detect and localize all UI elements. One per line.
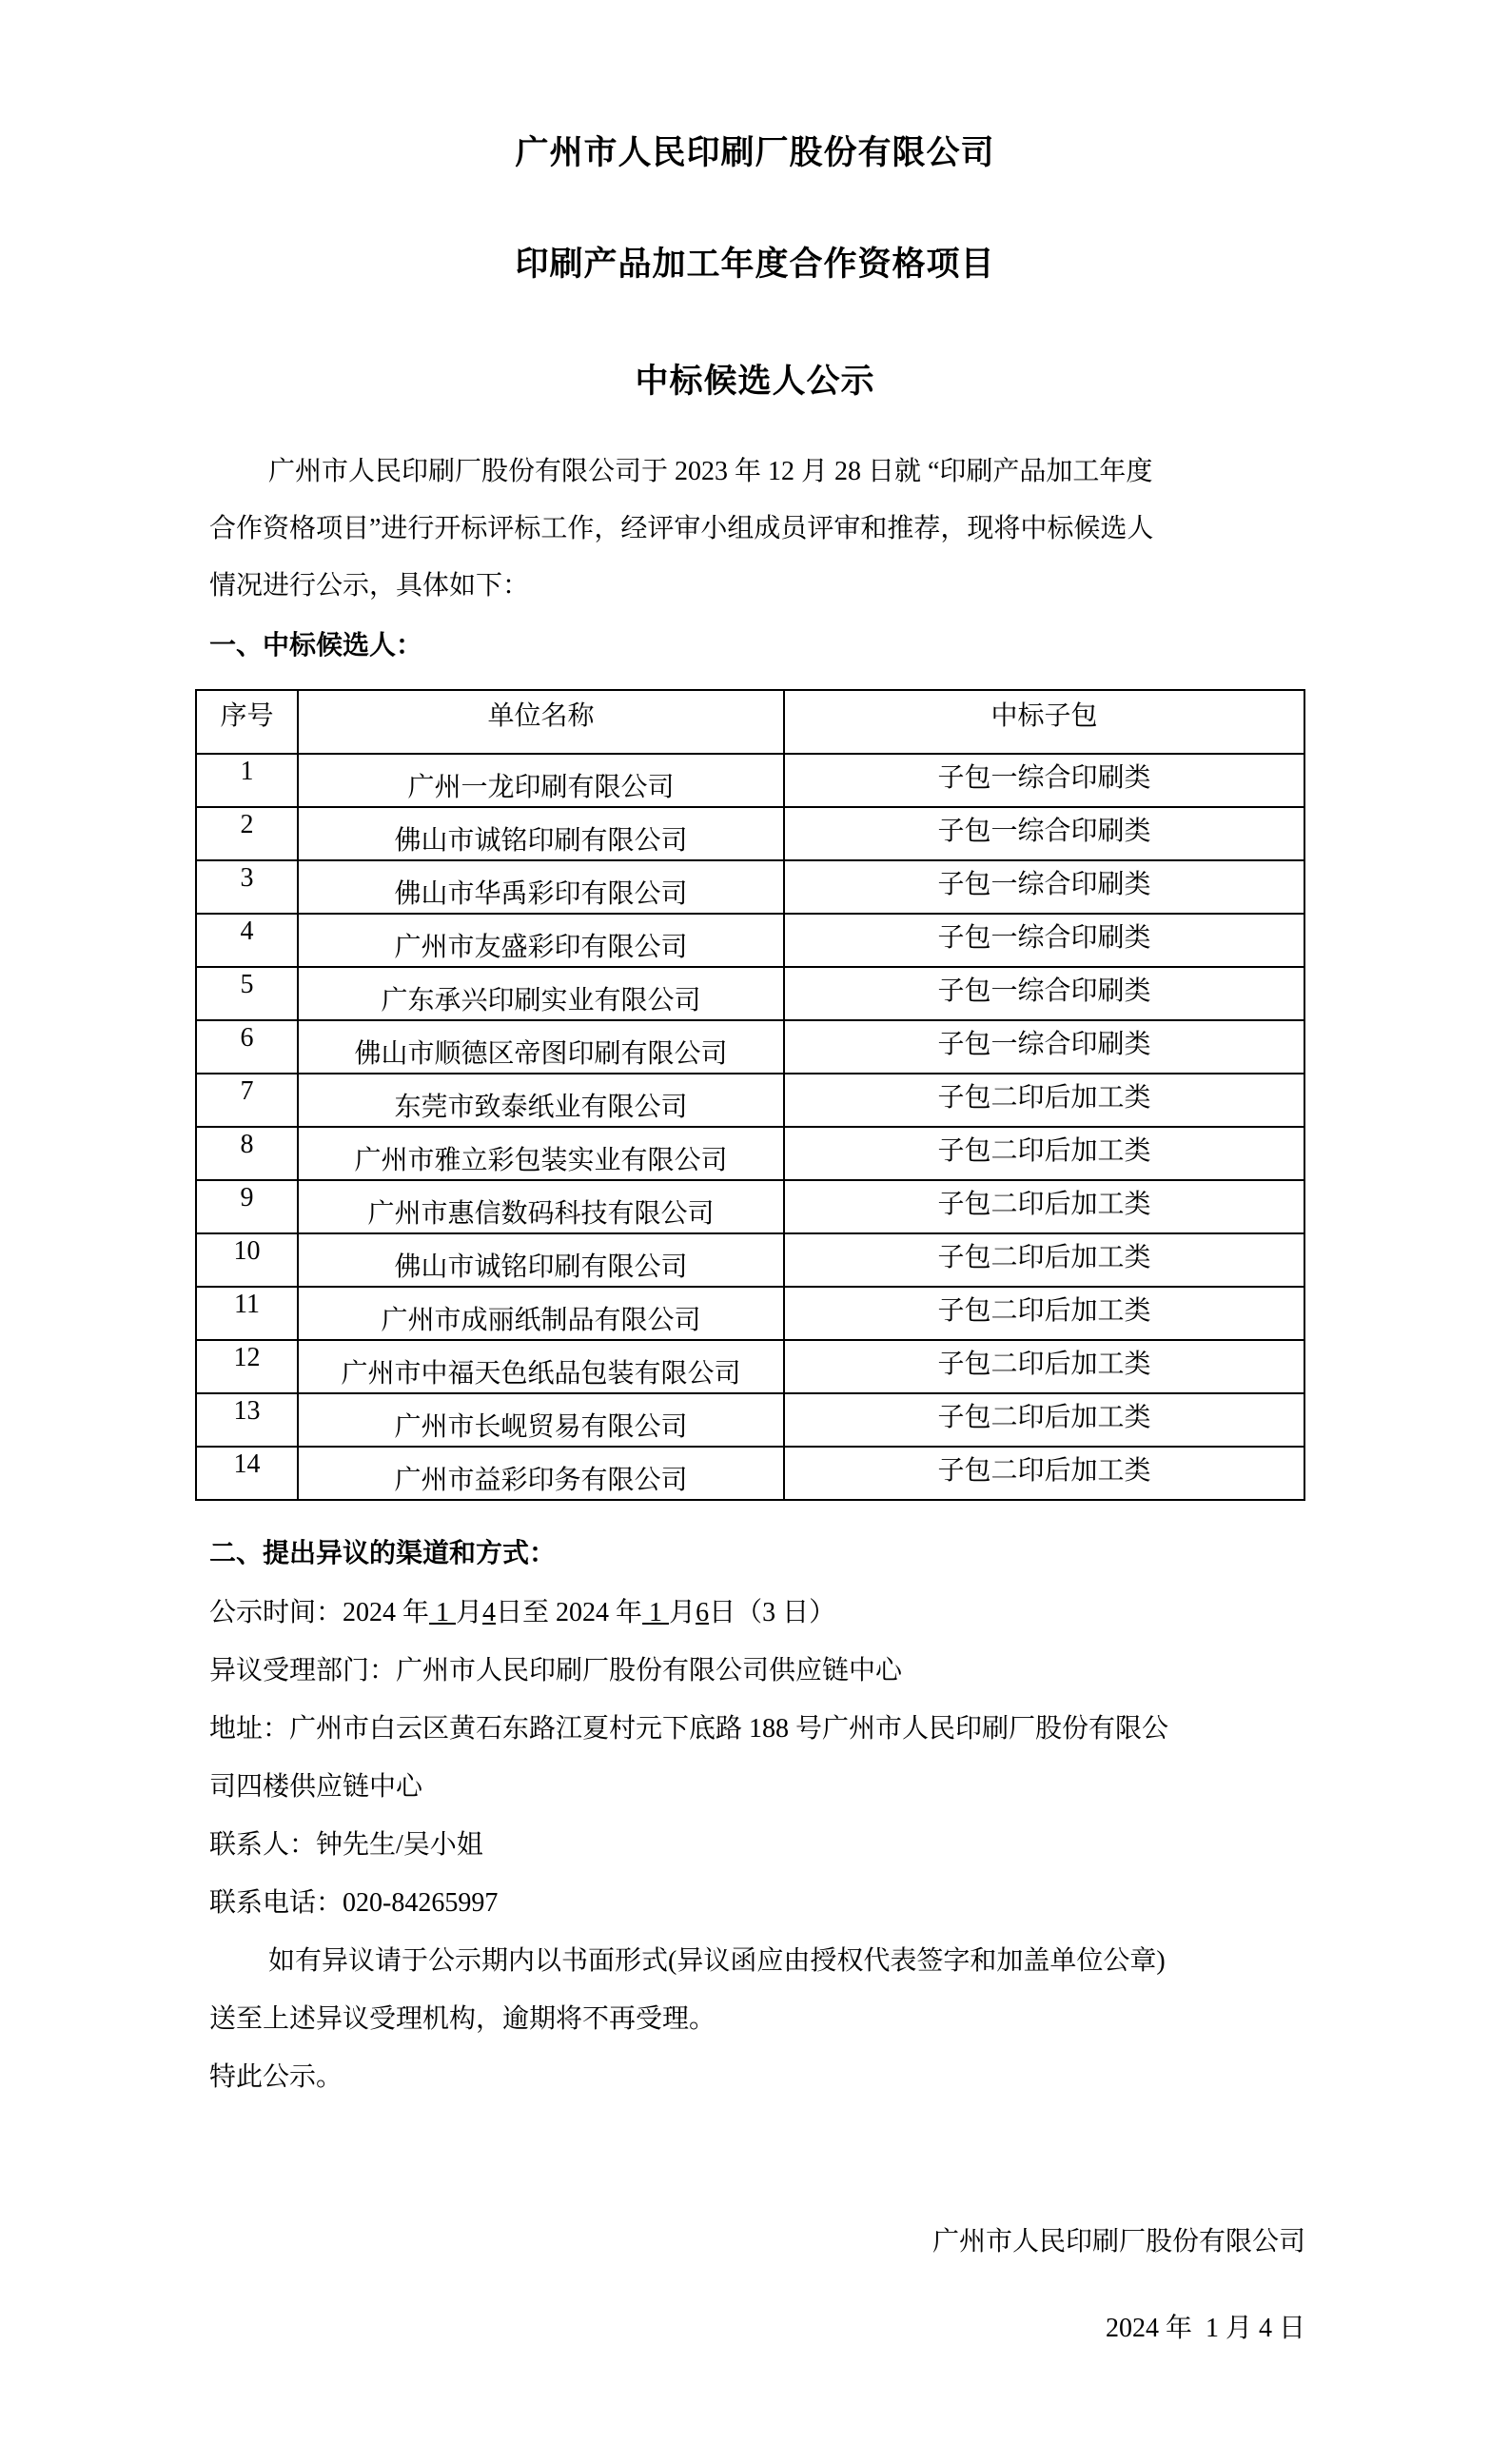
table-row: 8广州市雅立彩包装实业有限公司子包二印后加工类 bbox=[196, 1127, 1304, 1180]
row-no: 3 bbox=[197, 861, 297, 894]
row-no: 7 bbox=[197, 1074, 297, 1107]
objection-department: 异议受理部门：广州市人民印刷厂股份有限公司供应链中心 bbox=[209, 1654, 902, 1688]
row-package: 子包二印后加工类 bbox=[785, 1341, 1304, 1381]
period-end-day: 6 bbox=[696, 1598, 709, 1627]
row-name: 广东承兴印刷实业有限公司 bbox=[299, 968, 783, 1017]
table-row: 13广州市长岘贸易有限公司子包二印后加工类 bbox=[196, 1393, 1304, 1447]
row-package: 子包二印后加工类 bbox=[785, 1448, 1304, 1488]
table-row: 3佛山市华禹彩印有限公司子包一综合印刷类 bbox=[196, 860, 1304, 914]
signature-date: 2024 年 1 月 4 日 bbox=[1106, 2307, 1305, 2345]
row-package: 子包二印后加工类 bbox=[785, 1128, 1304, 1168]
table-row: 4广州市友盛彩印有限公司子包一综合印刷类 bbox=[196, 914, 1304, 967]
row-name: 广州市成丽纸制品有限公司 bbox=[299, 1288, 783, 1337]
row-name: 佛山市顺德区帝图印刷有限公司 bbox=[299, 1021, 783, 1071]
row-name: 广州市惠信数码科技有限公司 bbox=[299, 1181, 783, 1231]
period-start-day: 4 bbox=[482, 1598, 496, 1627]
title-notice: 中标候选人公示 bbox=[0, 355, 1510, 403]
row-no: 13 bbox=[197, 1394, 297, 1427]
row-name: 佛山市诚铭印刷有限公司 bbox=[299, 1234, 783, 1284]
row-no: 11 bbox=[197, 1288, 297, 1320]
row-name: 东莞市致泰纸业有限公司 bbox=[299, 1074, 783, 1124]
row-package: 子包二印后加工类 bbox=[785, 1074, 1304, 1114]
note-line-2: 送至上述异议受理机构，逾期将不再受理。 bbox=[209, 2002, 716, 2037]
table-row: 9广州市惠信数码科技有限公司子包二印后加工类 bbox=[196, 1180, 1304, 1233]
row-package: 子包一综合印刷类 bbox=[785, 915, 1304, 955]
period-month-char-2: 月 bbox=[669, 1598, 696, 1627]
row-no: 2 bbox=[197, 808, 297, 840]
row-no: 8 bbox=[197, 1128, 297, 1160]
contact-person: 联系人：钟先生/吴小姐 bbox=[209, 1828, 483, 1863]
table-row: 6佛山市顺德区帝图印刷有限公司子包一综合印刷类 bbox=[196, 1020, 1304, 1074]
row-no: 14 bbox=[197, 1448, 297, 1480]
section2-heading: 二、提出异议的渠道和方式： bbox=[209, 1537, 556, 1571]
table-row: 7东莞市致泰纸业有限公司子包二印后加工类 bbox=[196, 1074, 1304, 1127]
signature-company: 广州市人民印刷厂股份有限公司 bbox=[932, 2220, 1305, 2258]
intro-line-3: 情况进行公示，具体如下： bbox=[209, 569, 529, 603]
note-line-1: 如有异议请于公示期内以书面形式(异议函应由授权代表签字和加盖单位公章) bbox=[268, 1944, 1166, 1979]
header-name: 单位名称 bbox=[298, 690, 784, 754]
row-package: 子包二印后加工类 bbox=[785, 1234, 1304, 1274]
period-suffix: 日（3 日） bbox=[709, 1598, 835, 1627]
row-name: 广州市益彩印务有限公司 bbox=[299, 1448, 783, 1497]
row-no: 9 bbox=[197, 1181, 297, 1213]
row-package: 子包一综合印刷类 bbox=[785, 1021, 1304, 1061]
row-name: 广州市中福天色纸品包装有限公司 bbox=[299, 1341, 783, 1390]
table-header-row: 序号 单位名称 中标子包 bbox=[196, 690, 1304, 754]
closing-text: 特此公示。 bbox=[209, 2060, 343, 2095]
notice-period: 公示时间：2024 年 1 月4日至 2024 年 1 月6日（3 日） bbox=[209, 1596, 835, 1630]
row-name: 广州市友盛彩印有限公司 bbox=[299, 915, 783, 964]
title-company: 广州市人民印刷厂股份有限公司 bbox=[0, 127, 1510, 174]
row-package: 子包二印后加工类 bbox=[785, 1288, 1304, 1328]
row-no: 10 bbox=[197, 1234, 297, 1267]
period-to: 日至 2024 年 bbox=[496, 1598, 642, 1627]
row-name: 佛山市华禹彩印有限公司 bbox=[299, 861, 783, 911]
row-name: 佛山市诚铭印刷有限公司 bbox=[299, 808, 783, 857]
row-no: 6 bbox=[197, 1021, 297, 1054]
row-name: 广州一龙印刷有限公司 bbox=[299, 755, 783, 804]
row-no: 12 bbox=[197, 1341, 297, 1373]
table-row: 2佛山市诚铭印刷有限公司子包一综合印刷类 bbox=[196, 807, 1304, 860]
row-no: 5 bbox=[197, 968, 297, 1000]
row-package: 子包一综合印刷类 bbox=[785, 755, 1304, 795]
candidates-table: 序号 单位名称 中标子包 1广州一龙印刷有限公司子包一综合印刷类 2佛山市诚铭印… bbox=[195, 689, 1305, 1501]
period-label: 公示时间：2024 年 bbox=[209, 1598, 429, 1627]
row-package: 子包一综合印刷类 bbox=[785, 861, 1304, 901]
address-line-2: 司四楼供应链中心 bbox=[209, 1770, 422, 1804]
intro-line-1: 广州市人民印刷厂股份有限公司于 2023 年 12 月 28 日就 “印刷产品加… bbox=[268, 455, 1152, 489]
row-package: 子包二印后加工类 bbox=[785, 1394, 1304, 1434]
table-row: 5广东承兴印刷实业有限公司子包一综合印刷类 bbox=[196, 967, 1304, 1020]
row-no: 1 bbox=[197, 755, 297, 787]
row-name: 广州市长岘贸易有限公司 bbox=[299, 1394, 783, 1444]
section1-heading: 一、中标候选人： bbox=[209, 629, 422, 663]
table-row: 10佛山市诚铭印刷有限公司子包二印后加工类 bbox=[196, 1233, 1304, 1287]
row-package: 子包二印后加工类 bbox=[785, 1181, 1304, 1221]
header-no: 序号 bbox=[196, 690, 298, 754]
period-month-char: 月 bbox=[456, 1598, 482, 1627]
table-row: 14广州市益彩印务有限公司子包二印后加工类 bbox=[196, 1447, 1304, 1500]
intro-line-2: 合作资格项目”进行开标评标工作，经评审小组成员评审和推荐，现将中标候选人 bbox=[209, 512, 1153, 546]
table-row: 11广州市成丽纸制品有限公司子包二印后加工类 bbox=[196, 1287, 1304, 1340]
address-line-1: 地址：广州市白云区黄石东路江夏村元下底路 188 号广州市人民印刷厂股份有限公 bbox=[209, 1712, 1168, 1746]
row-name: 广州市雅立彩包装实业有限公司 bbox=[299, 1128, 783, 1177]
title-project: 印刷产品加工年度合作资格项目 bbox=[0, 238, 1510, 286]
row-no: 4 bbox=[197, 915, 297, 947]
period-start-month: 1 bbox=[429, 1598, 456, 1627]
header-package: 中标子包 bbox=[784, 690, 1304, 754]
period-end-month: 1 bbox=[642, 1598, 669, 1627]
table-row: 1广州一龙印刷有限公司子包一综合印刷类 bbox=[196, 754, 1304, 807]
contact-phone: 联系电话：020-84265997 bbox=[209, 1886, 498, 1921]
table-row: 12广州市中福天色纸品包装有限公司子包二印后加工类 bbox=[196, 1340, 1304, 1393]
row-package: 子包一综合印刷类 bbox=[785, 808, 1304, 848]
row-package: 子包一综合印刷类 bbox=[785, 968, 1304, 1008]
